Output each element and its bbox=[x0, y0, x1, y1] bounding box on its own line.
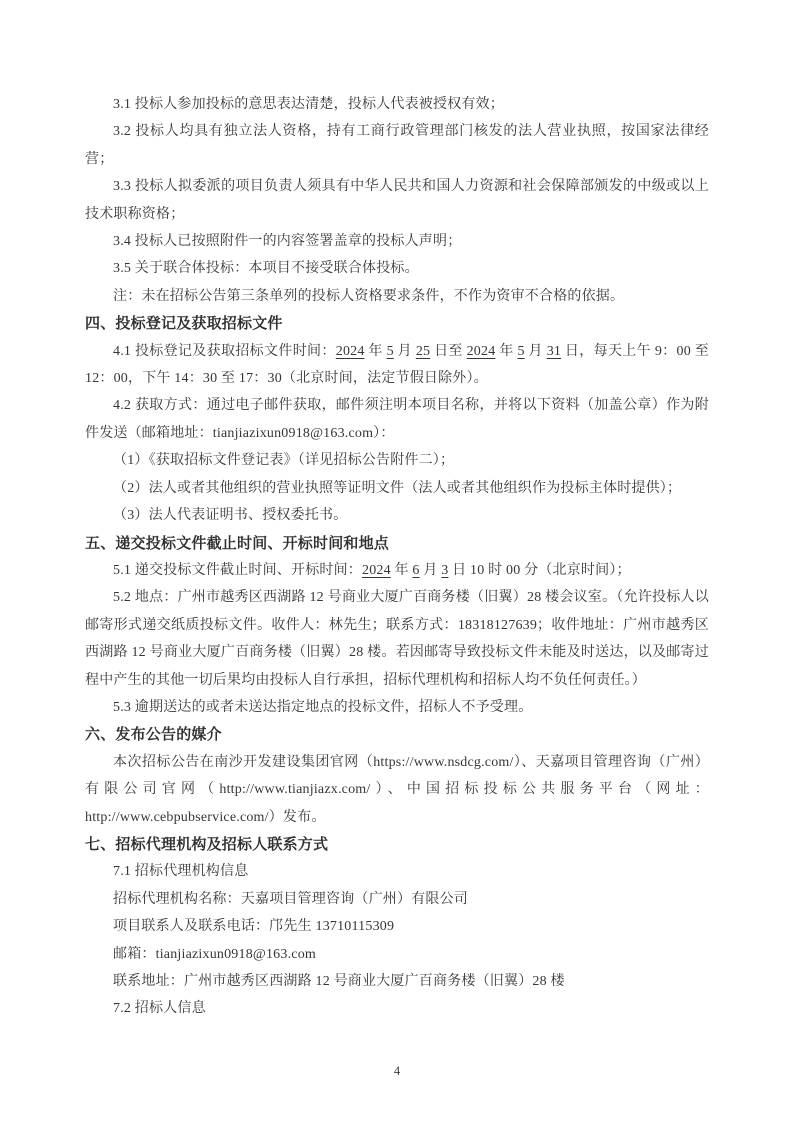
date-field-day-end: 31 bbox=[547, 344, 561, 359]
clause-4-2: 4.2 获取方式：通过电子邮件获取，邮件须注明本项目名称，并将以下资料（加盖公章… bbox=[85, 392, 709, 447]
clause-3-5: 3.5 关于联合体投标：本项目不接受联合体投标。 bbox=[85, 255, 709, 282]
section-heading-7: 七、招标代理机构及招标人联系方式 bbox=[85, 831, 709, 858]
date-field-day-start: 25 bbox=[416, 344, 430, 359]
agency-name-line: 招标代理机构名称：天嘉项目管理咨询（广州）有限公司 bbox=[85, 886, 709, 913]
page-number: 4 bbox=[0, 1064, 794, 1079]
document-page: 3.1 投标人参加投标的意思表达清楚，投标人代表被授权有效； 3.2 投标人均具… bbox=[0, 0, 794, 1123]
clause-4-1: 4.1 投标登记及获取招标文件时间：2024 年 5 月 25 日至 2024 … bbox=[85, 338, 709, 393]
clause-3-3: 3.3 投标人拟委派的项目负责人须具有中华人民共和国人力资源和社会保障部颁发的中… bbox=[85, 173, 709, 228]
clause-5-3: 5.3 逾期送达的或者未送达指定地点的投标文件，招标人不予受理。 bbox=[85, 694, 709, 721]
subitem-2: （2）法人或者其他组织的营业执照等证明文件（法人或者其他组织作为投标主体时提供）… bbox=[85, 475, 709, 502]
subitem-1: （1）《获取招标文件登记表》（详见招标公告附件二）； bbox=[85, 447, 709, 474]
date-field-year-start: 2024 bbox=[336, 344, 365, 359]
date-field-month-end: 5 bbox=[517, 344, 524, 359]
section-heading-6: 六、发布公告的媒介 bbox=[85, 721, 709, 748]
clause-5-1: 5.1 递交投标文件截止时间、开标时间：2024 年 6 月 3 日 10 时 … bbox=[85, 557, 709, 584]
deadline-year: 2024 bbox=[362, 563, 391, 578]
clause-7-1: 7.1 招标代理机构信息 bbox=[85, 858, 709, 885]
publication-media-paragraph: 本次招标公告在南沙开发建设集团官网（https://www.nsdcg.com/… bbox=[85, 749, 709, 831]
date-field-year-end: 2024 bbox=[467, 344, 496, 359]
section-heading-5: 五、递交投标文件截止时间、开标时间和地点 bbox=[85, 530, 709, 557]
section-heading-4: 四、投标登记及获取招标文件 bbox=[85, 310, 709, 337]
date-field-month-start: 5 bbox=[387, 344, 394, 359]
deadline-month: 6 bbox=[412, 563, 419, 578]
agency-address-line: 联系地址：广州市越秀区西湖路 12 号商业大厦广百商务楼（旧翼）28 楼 bbox=[85, 968, 709, 995]
clause-7-2: 7.2 招标人信息 bbox=[85, 995, 709, 1022]
clause-3-1: 3.1 投标人参加投标的意思表达清楚，投标人代表被授权有效； bbox=[85, 91, 709, 118]
agency-contact-line: 项目联系人及联系电话：邝先生 13710115309 bbox=[85, 913, 709, 940]
subitem-3: （3）法人代表证明书、授权委托书。 bbox=[85, 502, 709, 529]
clause-3-note: 注：未在招标公告第三条单列的投标人资格要求条件，不作为资审不合格的依据。 bbox=[85, 283, 709, 310]
agency-email-line: 邮箱：tianjiazixun0918@163.com bbox=[85, 941, 709, 968]
clause-3-4: 3.4 投标人已按照附件一的内容签署盖章的投标人声明； bbox=[85, 228, 709, 255]
clause-5-1-text: 5.1 递交投标文件截止时间、开标时间： bbox=[113, 563, 362, 578]
clause-4-1-text: 4.1 投标登记及获取招标文件时间： bbox=[113, 344, 336, 359]
clause-3-2: 3.2 投标人均具有独立法人资格，持有工商行政管理部门核发的法人营业执照，按国家… bbox=[85, 118, 709, 173]
clause-5-2: 5.2 地点：广州市越秀区西湖路 12 号商业大厦广百商务楼（旧翼）28 楼会议… bbox=[85, 584, 709, 694]
document-content: 3.1 投标人参加投标的意思表达清楚，投标人代表被授权有效； 3.2 投标人均具… bbox=[85, 91, 709, 1023]
